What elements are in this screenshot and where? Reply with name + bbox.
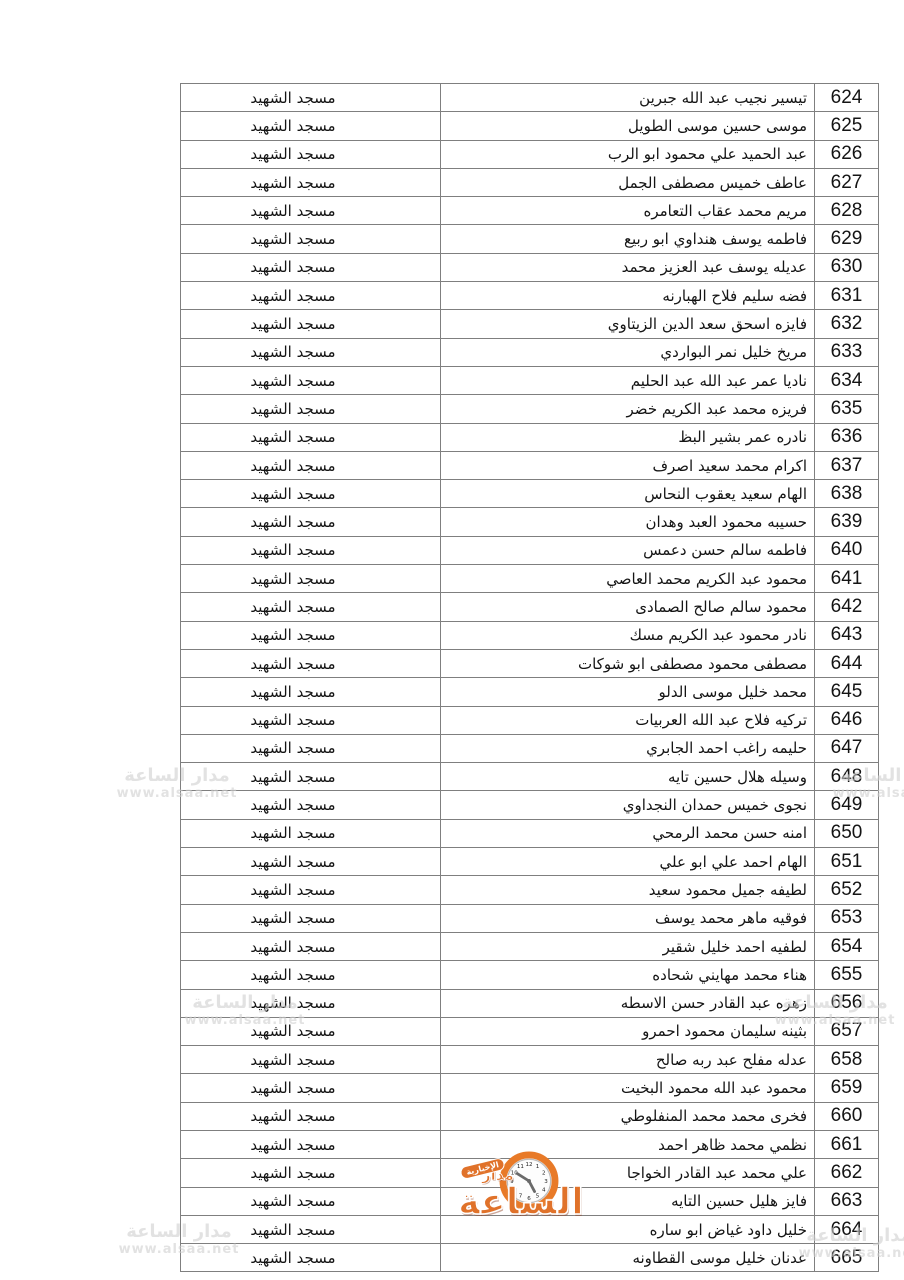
table-row: 628 مريم محمد عقاب التعامره مسجد الشهيد	[181, 197, 879, 225]
row-number-cell: 642	[815, 593, 879, 621]
row-mosque-cell: مسجد الشهيد	[181, 1244, 441, 1272]
row-name-cell: الهام احمد علي ابو علي	[441, 848, 815, 876]
row-number-cell: 657	[815, 1017, 879, 1045]
row-name-cell: اكرام محمد سعيد اصرف	[441, 451, 815, 479]
table-row: 641 محمود عبد الكريم محمد العاصي مسجد ال…	[181, 565, 879, 593]
row-name-cell: وسيله هلال حسين تايه	[441, 763, 815, 791]
row-mosque-cell: مسجد الشهيد	[181, 508, 441, 536]
table-row: 660 فخرى محمد محمد المنفلوطي مسجد الشهيد	[181, 1102, 879, 1130]
row-mosque-cell: مسجد الشهيد	[181, 1187, 441, 1215]
row-name-cell: فايزه اسحق سعد الدين الزيتاوي	[441, 310, 815, 338]
row-name-cell: عاطف خميس مصطفى الجمل	[441, 168, 815, 196]
table-row: 635 فريزه محمد عبد الكريم خضر مسجد الشهي…	[181, 395, 879, 423]
table-row: 665 عدنان خليل موسى القطاونه مسجد الشهيد	[181, 1244, 879, 1272]
row-mosque-cell: مسجد الشهيد	[181, 989, 441, 1017]
table-row: 630 عديله يوسف عبد العزيز محمد مسجد الشه…	[181, 253, 879, 281]
table-row: 640 فاطمه سالم حسن دعمس مسجد الشهيد	[181, 536, 879, 564]
table-row: 624 تيسير نجيب عبد الله جبرين مسجد الشهي…	[181, 84, 879, 112]
document-page: { "table": { "mosque_label": "مسجد الشهي…	[0, 0, 904, 1280]
row-mosque-cell: مسجد الشهيد	[181, 84, 441, 112]
row-mosque-cell: مسجد الشهيد	[181, 1046, 441, 1074]
table-row: 663 فايز هليل حسين التايه مسجد الشهيد	[181, 1187, 879, 1215]
row-number-cell: 636	[815, 423, 879, 451]
table-row: 661 نظمي محمد ظاهر احمد مسجد الشهيد	[181, 1130, 879, 1158]
row-name-cell: زهره عبد القادر حسن الاسطه	[441, 989, 815, 1017]
row-number-cell: 628	[815, 197, 879, 225]
row-name-cell: فضه سليم فلاح الهبارنه	[441, 282, 815, 310]
row-name-cell: فاطمه سالم حسن دعمس	[441, 536, 815, 564]
row-mosque-cell: مسجد الشهيد	[181, 565, 441, 593]
row-number-cell: 634	[815, 366, 879, 394]
row-mosque-cell: مسجد الشهيد	[181, 1102, 441, 1130]
row-number-cell: 626	[815, 140, 879, 168]
row-mosque-cell: مسجد الشهيد	[181, 395, 441, 423]
row-number-cell: 639	[815, 508, 879, 536]
table-row: 639 حسيبه محمود العبد وهدان مسجد الشهيد	[181, 508, 879, 536]
row-mosque-cell: مسجد الشهيد	[181, 1130, 441, 1158]
table-row: 645 محمد خليل موسى الدلو مسجد الشهيد	[181, 678, 879, 706]
row-name-cell: لطيفه جميل محمود سعيد	[441, 876, 815, 904]
row-number-cell: 650	[815, 819, 879, 847]
row-name-cell: محمد خليل موسى الدلو	[441, 678, 815, 706]
row-mosque-cell: مسجد الشهيد	[181, 876, 441, 904]
row-name-cell: نادره عمر بشير البظ	[441, 423, 815, 451]
row-mosque-cell: مسجد الشهيد	[181, 366, 441, 394]
row-name-cell: محمود عبد الله محمود البخيت	[441, 1074, 815, 1102]
row-number-cell: 645	[815, 678, 879, 706]
table-row: 655 هناء محمد مهايني شحاده مسجد الشهيد	[181, 961, 879, 989]
row-name-cell: حليمه راغب احمد الجابري	[441, 734, 815, 762]
row-number-cell: 647	[815, 734, 879, 762]
row-name-cell: لطفيه احمد خليل شقير	[441, 932, 815, 960]
table-row: 627 عاطف خميس مصطفى الجمل مسجد الشهيد	[181, 168, 879, 196]
row-mosque-cell: مسجد الشهيد	[181, 168, 441, 196]
table-row: 664 خليل داود غياض ابو ساره مسجد الشهيد	[181, 1215, 879, 1243]
row-mosque-cell: مسجد الشهيد	[181, 140, 441, 168]
row-number-cell: 665	[815, 1244, 879, 1272]
table-row: 637 اكرام محمد سعيد اصرف مسجد الشهيد	[181, 451, 879, 479]
table-row: 649 نجوى خميس حمدان النجداوي مسجد الشهيد	[181, 791, 879, 819]
table-row: 638 الهام سعيد يعقوب النحاس مسجد الشهيد	[181, 480, 879, 508]
row-mosque-cell: مسجد الشهيد	[181, 338, 441, 366]
row-mosque-cell: مسجد الشهيد	[181, 819, 441, 847]
row-name-cell: الهام سعيد يعقوب النحاس	[441, 480, 815, 508]
row-name-cell: محمود سالم صالح الصمادى	[441, 593, 815, 621]
row-number-cell: 649	[815, 791, 879, 819]
row-mosque-cell: مسجد الشهيد	[181, 734, 441, 762]
row-name-cell: عدله مفلح عبد ربه صالح	[441, 1046, 815, 1074]
row-number-cell: 635	[815, 395, 879, 423]
table-row: 625 موسى حسين موسى الطويل مسجد الشهيد	[181, 112, 879, 140]
row-number-cell: 656	[815, 989, 879, 1017]
row-number-cell: 648	[815, 763, 879, 791]
row-number-cell: 661	[815, 1130, 879, 1158]
row-mosque-cell: مسجد الشهيد	[181, 423, 441, 451]
row-number-cell: 629	[815, 225, 879, 253]
row-number-cell: 633	[815, 338, 879, 366]
row-mosque-cell: مسجد الشهيد	[181, 1017, 441, 1045]
row-name-cell: فريزه محمد عبد الكريم خضر	[441, 395, 815, 423]
row-name-cell: فوقيه ماهر محمد يوسف	[441, 904, 815, 932]
row-name-cell: حسيبه محمود العبد وهدان	[441, 508, 815, 536]
row-name-cell: مريخ خليل نمر البواردي	[441, 338, 815, 366]
row-mosque-cell: مسجد الشهيد	[181, 593, 441, 621]
table-row: 644 مصطفى محمود مصطفى ابو شوكات مسجد الش…	[181, 649, 879, 677]
row-name-cell: عبد الحميد علي محمود ابو الرب	[441, 140, 815, 168]
table-row: 646 تركيه فلاح عبد الله العربيات مسجد ال…	[181, 706, 879, 734]
table-row: 662 علي محمد عبد القادر الخواجا مسجد الش…	[181, 1159, 879, 1187]
row-mosque-cell: مسجد الشهيد	[181, 1215, 441, 1243]
row-number-cell: 651	[815, 848, 879, 876]
row-number-cell: 662	[815, 1159, 879, 1187]
row-number-cell: 660	[815, 1102, 879, 1130]
row-number-cell: 644	[815, 649, 879, 677]
row-name-cell: نادر محمود عبد الكريم مسك	[441, 621, 815, 649]
row-name-cell: خليل داود غياض ابو ساره	[441, 1215, 815, 1243]
row-mosque-cell: مسجد الشهيد	[181, 310, 441, 338]
row-number-cell: 653	[815, 904, 879, 932]
row-name-cell: نجوى خميس حمدان النجداوي	[441, 791, 815, 819]
row-name-cell: عدنان خليل موسى القطاونه	[441, 1244, 815, 1272]
row-number-cell: 631	[815, 282, 879, 310]
row-mosque-cell: مسجد الشهيد	[181, 932, 441, 960]
table-row: 651 الهام احمد علي ابو علي مسجد الشهيد	[181, 848, 879, 876]
row-name-cell: عديله يوسف عبد العزيز محمد	[441, 253, 815, 281]
row-mosque-cell: مسجد الشهيد	[181, 649, 441, 677]
table-row: 659 محمود عبد الله محمود البخيت مسجد الش…	[181, 1074, 879, 1102]
table-row: 626 عبد الحميد علي محمود ابو الرب مسجد ا…	[181, 140, 879, 168]
row-mosque-cell: مسجد الشهيد	[181, 253, 441, 281]
row-name-cell: مريم محمد عقاب التعامره	[441, 197, 815, 225]
row-mosque-cell: مسجد الشهيد	[181, 197, 441, 225]
row-mosque-cell: مسجد الشهيد	[181, 678, 441, 706]
row-name-cell: موسى حسين موسى الطويل	[441, 112, 815, 140]
row-name-cell: تركيه فلاح عبد الله العربيات	[441, 706, 815, 734]
row-mosque-cell: مسجد الشهيد	[181, 791, 441, 819]
row-number-cell: 655	[815, 961, 879, 989]
row-mosque-cell: مسجد الشهيد	[181, 706, 441, 734]
table-row: 658 عدله مفلح عبد ربه صالح مسجد الشهيد	[181, 1046, 879, 1074]
row-mosque-cell: مسجد الشهيد	[181, 904, 441, 932]
row-name-cell: ناديا عمر عبد الله عبد الحليم	[441, 366, 815, 394]
row-name-cell: علي محمد عبد القادر الخواجا	[441, 1159, 815, 1187]
row-name-cell: فاطمه يوسف هنداوي ابو ربيع	[441, 225, 815, 253]
row-mosque-cell: مسجد الشهيد	[181, 1159, 441, 1187]
row-number-cell: 641	[815, 565, 879, 593]
table-row: 647 حليمه راغب احمد الجابري مسجد الشهيد	[181, 734, 879, 762]
roster-table: 624 تيسير نجيب عبد الله جبرين مسجد الشهي…	[180, 83, 879, 1272]
row-number-cell: 640	[815, 536, 879, 564]
row-number-cell: 654	[815, 932, 879, 960]
row-number-cell: 625	[815, 112, 879, 140]
row-mosque-cell: مسجد الشهيد	[181, 621, 441, 649]
row-name-cell: محمود عبد الكريم محمد العاصي	[441, 565, 815, 593]
row-mosque-cell: مسجد الشهيد	[181, 536, 441, 564]
row-mosque-cell: مسجد الشهيد	[181, 451, 441, 479]
row-number-cell: 638	[815, 480, 879, 508]
row-name-cell: فخرى محمد محمد المنفلوطي	[441, 1102, 815, 1130]
row-mosque-cell: مسجد الشهيد	[181, 112, 441, 140]
row-number-cell: 630	[815, 253, 879, 281]
table-row: 656 زهره عبد القادر حسن الاسطه مسجد الشه…	[181, 989, 879, 1017]
row-mosque-cell: مسجد الشهيد	[181, 1074, 441, 1102]
table-row: 643 نادر محمود عبد الكريم مسك مسجد الشهي…	[181, 621, 879, 649]
row-number-cell: 664	[815, 1215, 879, 1243]
table-row: 629 فاطمه يوسف هنداوي ابو ربيع مسجد الشه…	[181, 225, 879, 253]
row-number-cell: 658	[815, 1046, 879, 1074]
row-number-cell: 624	[815, 84, 879, 112]
row-name-cell: نظمي محمد ظاهر احمد	[441, 1130, 815, 1158]
table-row: 633 مريخ خليل نمر البواردي مسجد الشهيد	[181, 338, 879, 366]
row-name-cell: تيسير نجيب عبد الله جبرين	[441, 84, 815, 112]
row-number-cell: 646	[815, 706, 879, 734]
row-name-cell: فايز هليل حسين التايه	[441, 1187, 815, 1215]
row-mosque-cell: مسجد الشهيد	[181, 480, 441, 508]
table-row: 636 نادره عمر بشير البظ مسجد الشهيد	[181, 423, 879, 451]
row-mosque-cell: مسجد الشهيد	[181, 961, 441, 989]
table-row: 634 ناديا عمر عبد الله عبد الحليم مسجد ا…	[181, 366, 879, 394]
row-number-cell: 652	[815, 876, 879, 904]
row-number-cell: 643	[815, 621, 879, 649]
row-number-cell: 663	[815, 1187, 879, 1215]
row-number-cell: 627	[815, 168, 879, 196]
row-name-cell: مصطفى محمود مصطفى ابو شوكات	[441, 649, 815, 677]
table-row: 632 فايزه اسحق سعد الدين الزيتاوي مسجد ا…	[181, 310, 879, 338]
row-name-cell: هناء محمد مهايني شحاده	[441, 961, 815, 989]
roster-table-body: 624 تيسير نجيب عبد الله جبرين مسجد الشهي…	[181, 84, 879, 1272]
row-name-cell: امنه حسن محمد الرمحي	[441, 819, 815, 847]
row-mosque-cell: مسجد الشهيد	[181, 848, 441, 876]
row-mosque-cell: مسجد الشهيد	[181, 282, 441, 310]
table-row: 650 امنه حسن محمد الرمحي مسجد الشهيد	[181, 819, 879, 847]
row-number-cell: 637	[815, 451, 879, 479]
row-number-cell: 659	[815, 1074, 879, 1102]
row-mosque-cell: مسجد الشهيد	[181, 225, 441, 253]
table-row: 653 فوقيه ماهر محمد يوسف مسجد الشهيد	[181, 904, 879, 932]
row-number-cell: 632	[815, 310, 879, 338]
table-row: 631 فضه سليم فلاح الهبارنه مسجد الشهيد	[181, 282, 879, 310]
row-name-cell: بثينه سليمان محمود احمرو	[441, 1017, 815, 1045]
table-row: 642 محمود سالم صالح الصمادى مسجد الشهيد	[181, 593, 879, 621]
table-row: 657 بثينه سليمان محمود احمرو مسجد الشهيد	[181, 1017, 879, 1045]
table-row: 648 وسيله هلال حسين تايه مسجد الشهيد	[181, 763, 879, 791]
table-row: 652 لطيفه جميل محمود سعيد مسجد الشهيد	[181, 876, 879, 904]
row-mosque-cell: مسجد الشهيد	[181, 763, 441, 791]
table-row: 654 لطفيه احمد خليل شقير مسجد الشهيد	[181, 932, 879, 960]
